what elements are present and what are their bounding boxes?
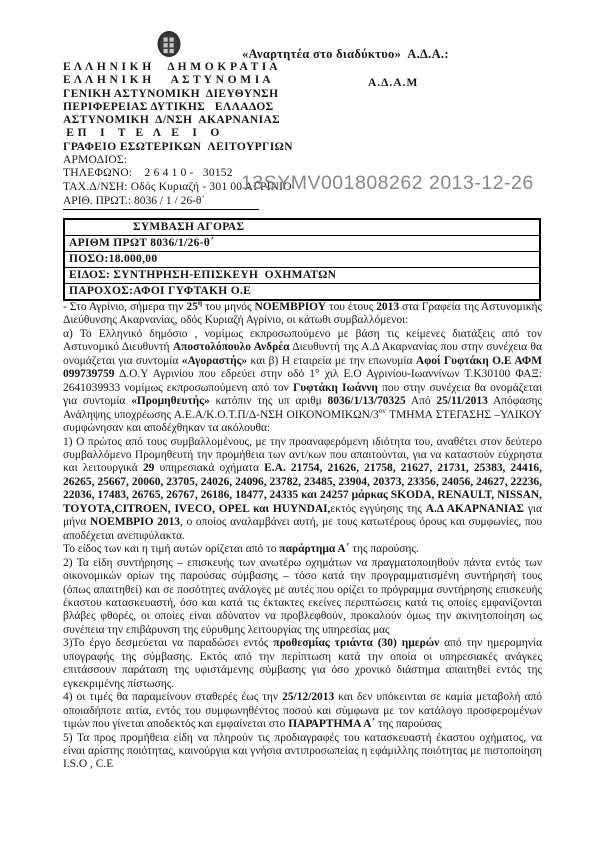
police-emblem-icon xyxy=(156,30,182,58)
text-run: του μηνός xyxy=(202,301,254,313)
text-run: 25 xyxy=(186,301,197,313)
contract-amount: ΠΟΣΟ:18.000,00 xyxy=(64,252,540,268)
paragraph: α) Το Ελληνικό δημόσιο , νομίμως εκπροσω… xyxy=(63,328,542,436)
text-run: ΝΟΕΜΒΡΙΟ 2013 xyxy=(90,516,180,528)
contract-summary-table: ΣΥΜΒΑΣΗ ΑΓΟΡΑΣ ΑΡΙΘΜ ΠΡΩΤ 8036/1/26-θ΄ Π… xyxy=(63,218,541,301)
table-row-title: ΣΥΜΒΑΣΗ ΑΓΟΡΑΣ xyxy=(64,219,540,236)
paragraph: 2) Τα είδη συντήρησης – επισκευής των αν… xyxy=(63,557,542,638)
text-run: 3)Το έργο δεσμεύεται να παραδώσει εντός xyxy=(63,637,273,649)
paragraph: 5) Τα προς προμήθεια είδη να πληρούν τις… xyxy=(63,732,542,772)
agency-line-office: ΓΡΑΦΕΙΟ ΕΣΩΤΕΡΙΚΩΝ ΛΕΙΤΟΥΡΓΙΩΝ xyxy=(63,141,293,154)
text-run: της παρούσας xyxy=(375,718,441,730)
kimdis-watermark: 13SYMV001808262 2013-12-26 xyxy=(241,172,534,195)
text-run: εκτός εγγύησης της xyxy=(330,503,425,515)
text-run: Το είδος των και η τιμή αυτών ορίζεται α… xyxy=(63,543,279,555)
text-run: 5) Τα προς προμήθεια είδη να πληρούν τις… xyxy=(63,732,542,771)
text-run: Αποστολόπουλο Ανδρέα xyxy=(173,341,290,353)
text-run: 2) Τα είδη συντήρησης – επισκευής των αν… xyxy=(63,557,542,636)
contract-title: ΣΥΜΒΑΣΗ ΑΓΟΡΑΣ xyxy=(64,219,540,236)
paragraph: - Στο Αγρίνιο, σήμερα την 25η του μηνός … xyxy=(63,301,542,328)
agency-line-directorate: ΓΕΝΙΚΗ ΑΣΤΥΝΟΜΙΚΗ ΔΙΕΥΘΥΝΣΗ xyxy=(63,88,293,101)
agency-line-contact-person: ΑΡΜΟΔΙΟΣ: xyxy=(63,154,293,167)
contract-provider: ΠΑΡΟΧΟΣ:ΑΦΟΙ ΓΥΦΤΑΚΗ Ο.Ε xyxy=(64,284,540,301)
text-run: Α.Δ ΑΚΑΡΝΑΝΙΑΣ xyxy=(426,503,524,515)
table-row-amount: ΠΟΣΟ:18.000,00 xyxy=(64,252,540,268)
table-row-type: ΕΙΔΟΣ: ΣΥΝΤΗΡΗΣΗ-ΕΠΙΣΚΕΥΗ ΟΧΗΜΑΤΩΝ xyxy=(64,268,540,284)
publish-notice: «Αναρτητέα στο διαδύκτυο» Α.Δ.Α.: xyxy=(242,47,449,62)
contract-protocol: ΑΡΙΘΜ ΠΡΩΤ 8036/1/26-θ΄ xyxy=(64,236,540,252)
text-run: 4) οι τιμές θα παραμείνουν σταθερές έως … xyxy=(63,691,282,703)
text-run: προθεσμίας τριάντα (30) ημερών xyxy=(273,637,439,649)
text-run: Γυφτάκη Ιωάννη xyxy=(293,382,378,394)
agency-line-division: ΑΣΤΥΝΟΜΙΚΗ Δ/ΝΣΗ ΑΚΑΡΝΑΝΙΑΣ xyxy=(63,114,293,127)
paragraph: 4) οι τιμές θα παραμείνουν σταθερές έως … xyxy=(63,691,542,731)
text-run: 2013 xyxy=(376,301,399,313)
text-run: ΠΑΡΑΡΤΗΜΑ Α΄ xyxy=(288,718,375,730)
text-run: παράρτημα Α΄ xyxy=(279,543,349,555)
agency-line-staff: Ε Π Ι Τ Ε Λ Ε Ι Ο xyxy=(63,127,293,140)
text-run: «Προμηθευτής» xyxy=(131,395,210,407)
text-run: ον xyxy=(379,406,386,415)
text-run: υπηρεσιακά οχήματα xyxy=(154,462,264,474)
contract-body: - Στο Αγρίνιο, σήμερα την 25η του μηνός … xyxy=(63,301,542,772)
text-run: και β) Η εταιρεία με την επωνυμία xyxy=(247,355,416,367)
text-run: Από xyxy=(406,395,437,407)
text-run: - Στο Αγρίνιο, σήμερα την xyxy=(63,301,186,313)
document-page: «Αναρτητέα στο διαδύκτυο» Α.Δ.Α.: Α.Δ.Α.… xyxy=(0,0,595,842)
text-run: της παρούσης. xyxy=(350,543,419,555)
agency-line-republic: Ε Λ Λ Η Ν Ι Κ Η Δ Η Μ Ο Κ Ρ Α Τ Ι Α xyxy=(63,61,293,74)
paragraph: 1) Ο πρώτος από τους συμβαλλομένους, με … xyxy=(63,436,542,544)
agency-line-region: ΠΕΡΙΦΕΡΕΙΑΣ ΔΥΤΙΚΗΣ ΕΛΛΑΔΟΣ xyxy=(63,101,293,114)
text-run: 8036/1/13/70325 xyxy=(328,395,406,407)
adam-label: Α.Δ.Α.Μ xyxy=(368,77,418,89)
text-run: ΝΟΕΜΒΡΙΟΥ xyxy=(255,301,327,313)
table-row-provider: ΠΑΡΟΧΟΣ:ΑΦΟΙ ΓΥΦΤΑΚΗ Ο.Ε xyxy=(64,284,540,301)
text-run: 25/11/2013 xyxy=(436,395,487,407)
text-run: 29 xyxy=(143,462,154,474)
table-row-protocol: ΑΡΙΘΜ ΠΡΩΤ 8036/1/26-θ΄ xyxy=(64,236,540,252)
text-run: «Αγοραστής» xyxy=(182,355,247,367)
contract-type: ΕΙΔΟΣ: ΣΥΝΤΗΡΗΣΗ-ΕΠΙΣΚΕΥΗ ΟΧΗΜΑΤΩΝ xyxy=(64,268,540,284)
agency-line-police: Ε Λ Λ Η Ν Ι Κ Η Α Σ Τ Υ Ν Ο Μ Ι Α xyxy=(63,74,293,87)
paragraph: Το είδος των και η τιμή αυτών ορίζεται α… xyxy=(63,543,542,556)
paragraph: 3)Το έργο δεσμεύεται να παραδώσει εντός … xyxy=(63,637,542,691)
text-run: 25/12/2013 xyxy=(282,691,334,703)
text-run: του έτους xyxy=(326,301,376,313)
protocol-number: ΑΡΙΘ. ΠΡΩΤ.: 8036 / 1 / 26-θ΄ xyxy=(63,195,259,210)
text-run: κατόπιν της υπ αριθμ xyxy=(210,395,328,407)
